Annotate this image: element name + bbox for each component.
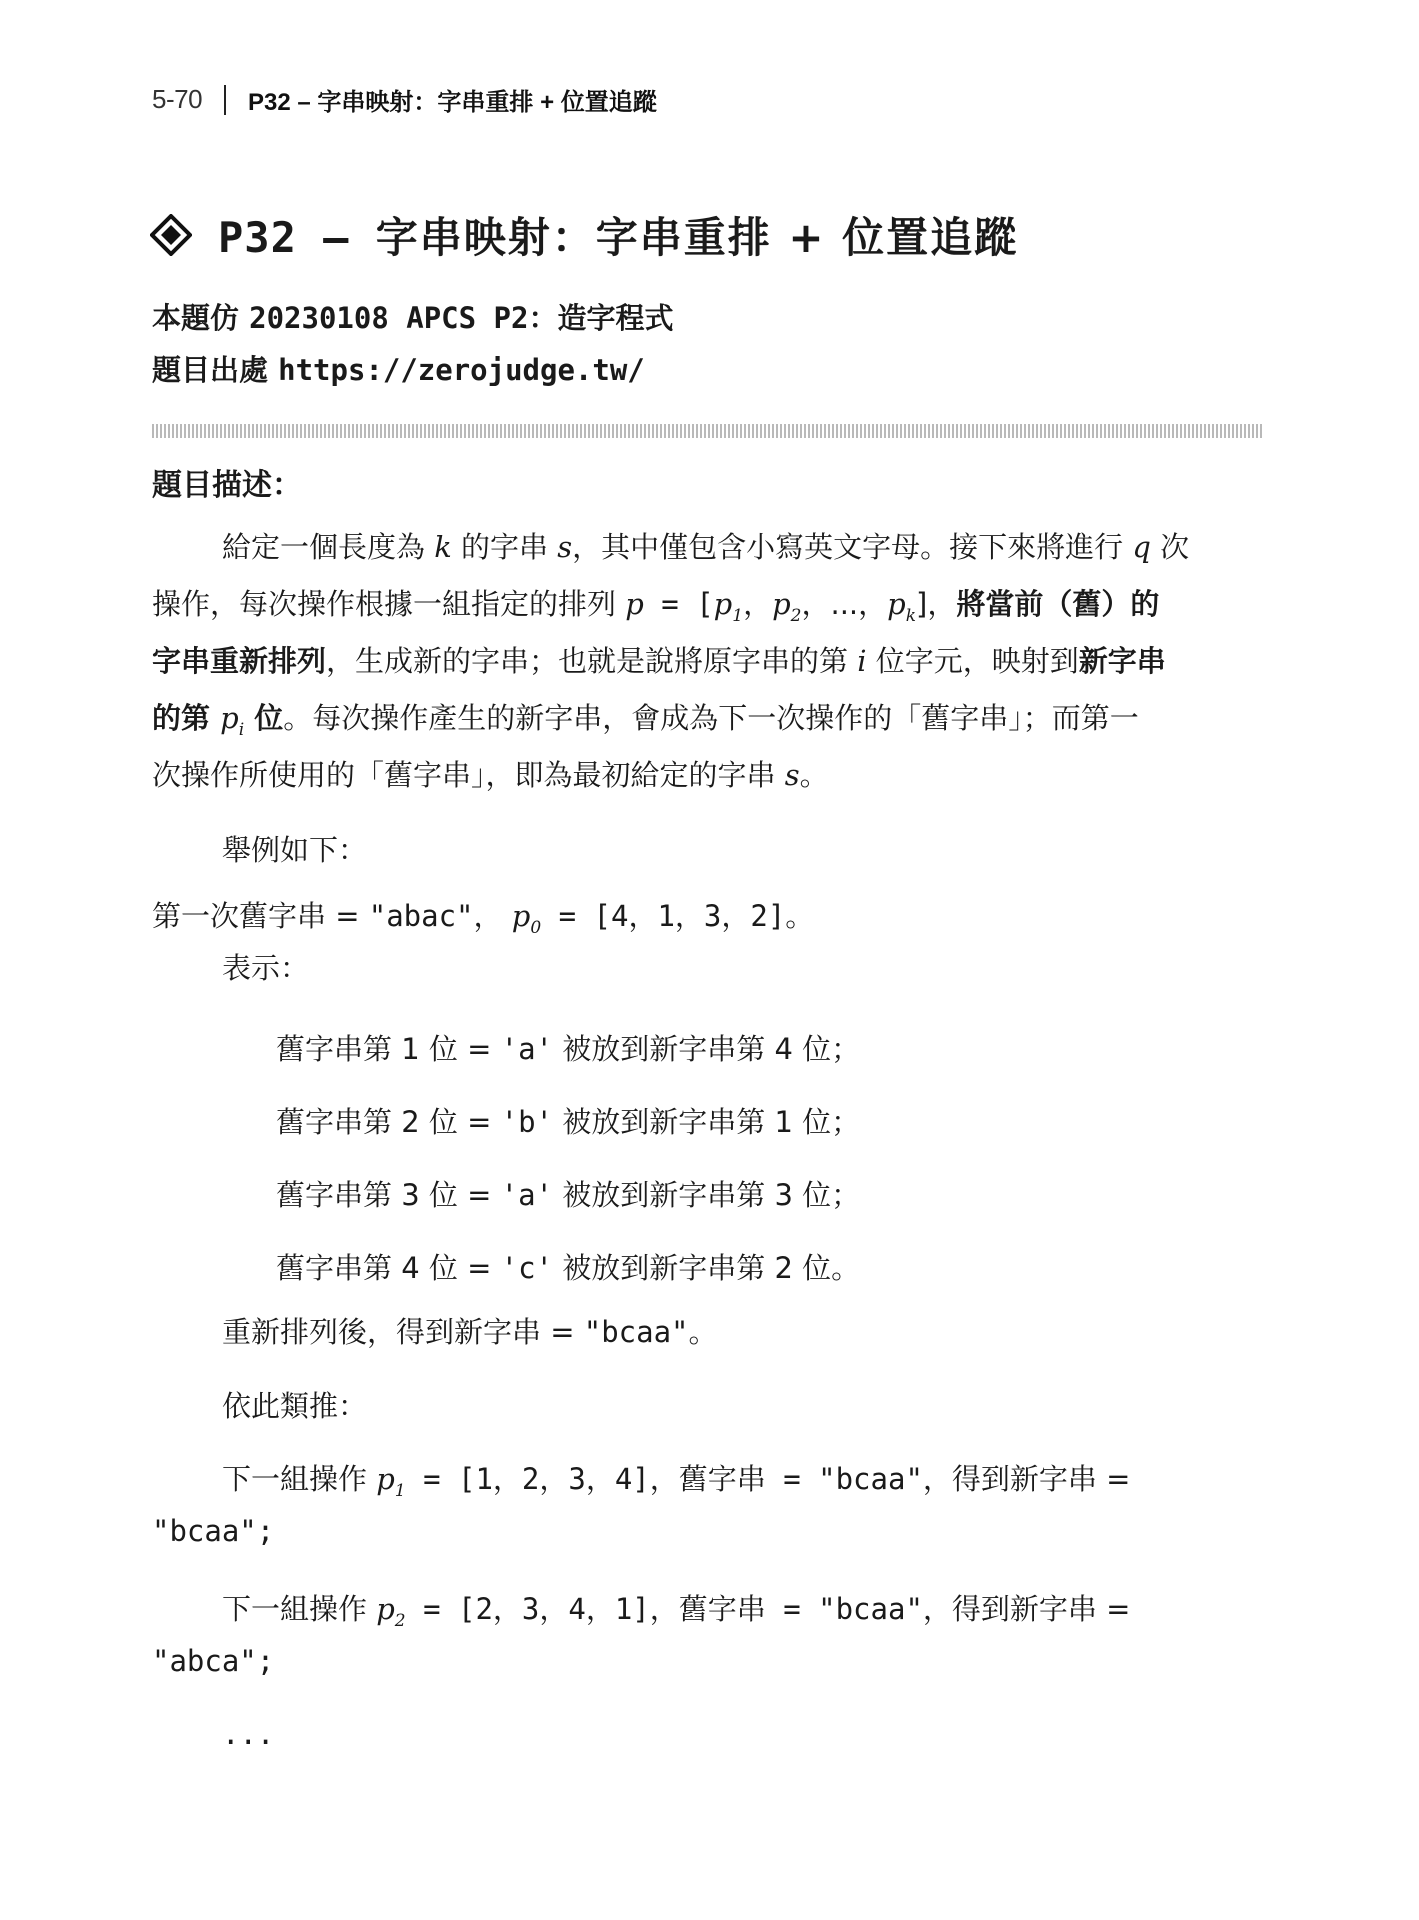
- header-divider: [224, 85, 226, 115]
- example-next-2-result: "abca";: [152, 1644, 274, 1678]
- description-line-3: 字串重新排列，生成新的字串；也就是說將原字串的第 i 位字元，映射到新字串: [152, 639, 1166, 680]
- example-analogy: 依此類推：: [222, 1384, 367, 1425]
- example-result: 重新排列後，得到新字串 = "bcaa"。: [222, 1310, 718, 1351]
- description-line-2: 操作，每次操作根據一組指定的排列 p = [p1，p2，...，pk]，將當前（…: [152, 582, 1159, 626]
- mapping-row: 舊字串第 3 位 = 'a' 被放到新字串第 3 位；: [276, 1173, 860, 1214]
- example-intro: 舉例如下：: [222, 828, 367, 869]
- source-suffix: ：造字程式: [528, 301, 673, 335]
- title-code: P32 –: [218, 213, 376, 262]
- running-header: 5-70 P32 – 字串映射：字串重排 + 位置追蹤: [152, 82, 657, 117]
- title-text: 字串映射：字串重排 + 位置追蹤: [376, 213, 1018, 262]
- example-first: 第一次舊字串 = "abac"， p0 = [4，1，3，2]。: [152, 894, 814, 938]
- example-next-1: 下一組操作 p1 = [1，2，3，4]，舊字串 = "bcaa"，得到新字串 …: [222, 1457, 1262, 1501]
- example-means: 表示：: [222, 946, 309, 987]
- section-heading: 題目描述：: [152, 460, 302, 504]
- source-value: 20230108 APCS P2: [249, 301, 528, 335]
- source-line: 本題仿 20230108 APCS P2：造字程式: [152, 296, 673, 337]
- diamond-icon: [150, 214, 192, 256]
- mapping-row: 舊字串第 2 位 = 'b' 被放到新字串第 1 位；: [276, 1100, 860, 1141]
- description-line-4: 的第 pi 位。每次操作產生的新字串，會成為下一次操作的「舊字串」；而第一: [152, 696, 1139, 740]
- origin-label: 題目出處: [152, 353, 278, 387]
- mapping-row: 舊字串第 4 位 = 'c' 被放到新字串第 2 位。: [276, 1246, 860, 1287]
- example-ellipsis: ...: [222, 1717, 274, 1751]
- running-header-title: P32 – 字串映射：字串重排 + 位置追蹤: [248, 82, 657, 117]
- description-line-5: 次操作所使用的「舊字串」，即為最初給定的字串 s。: [152, 753, 829, 794]
- description-line-1: 給定一個長度為 k 的字串 s，其中僅包含小寫英文字母。接下來將進行 q 次: [222, 525, 1189, 566]
- section-divider: [152, 424, 1262, 438]
- mapping-row: 舊字串第 1 位 = 'a' 被放到新字串第 4 位；: [276, 1027, 860, 1068]
- example-next-1-result: "bcaa";: [152, 1514, 274, 1548]
- source-label: 本題仿: [152, 301, 249, 335]
- origin-url[interactable]: https://zerojudge.tw/: [278, 353, 645, 387]
- page-number: 5-70: [152, 84, 202, 115]
- origin-line: 題目出處 https://zerojudge.tw/: [152, 348, 645, 389]
- page-title: P32 – 字串映射：字串重排 + 位置追蹤: [150, 205, 1018, 265]
- example-next-2: 下一組操作 p2 = [2，3，4，1]，舊字串 = "bcaa"，得到新字串 …: [222, 1587, 1130, 1631]
